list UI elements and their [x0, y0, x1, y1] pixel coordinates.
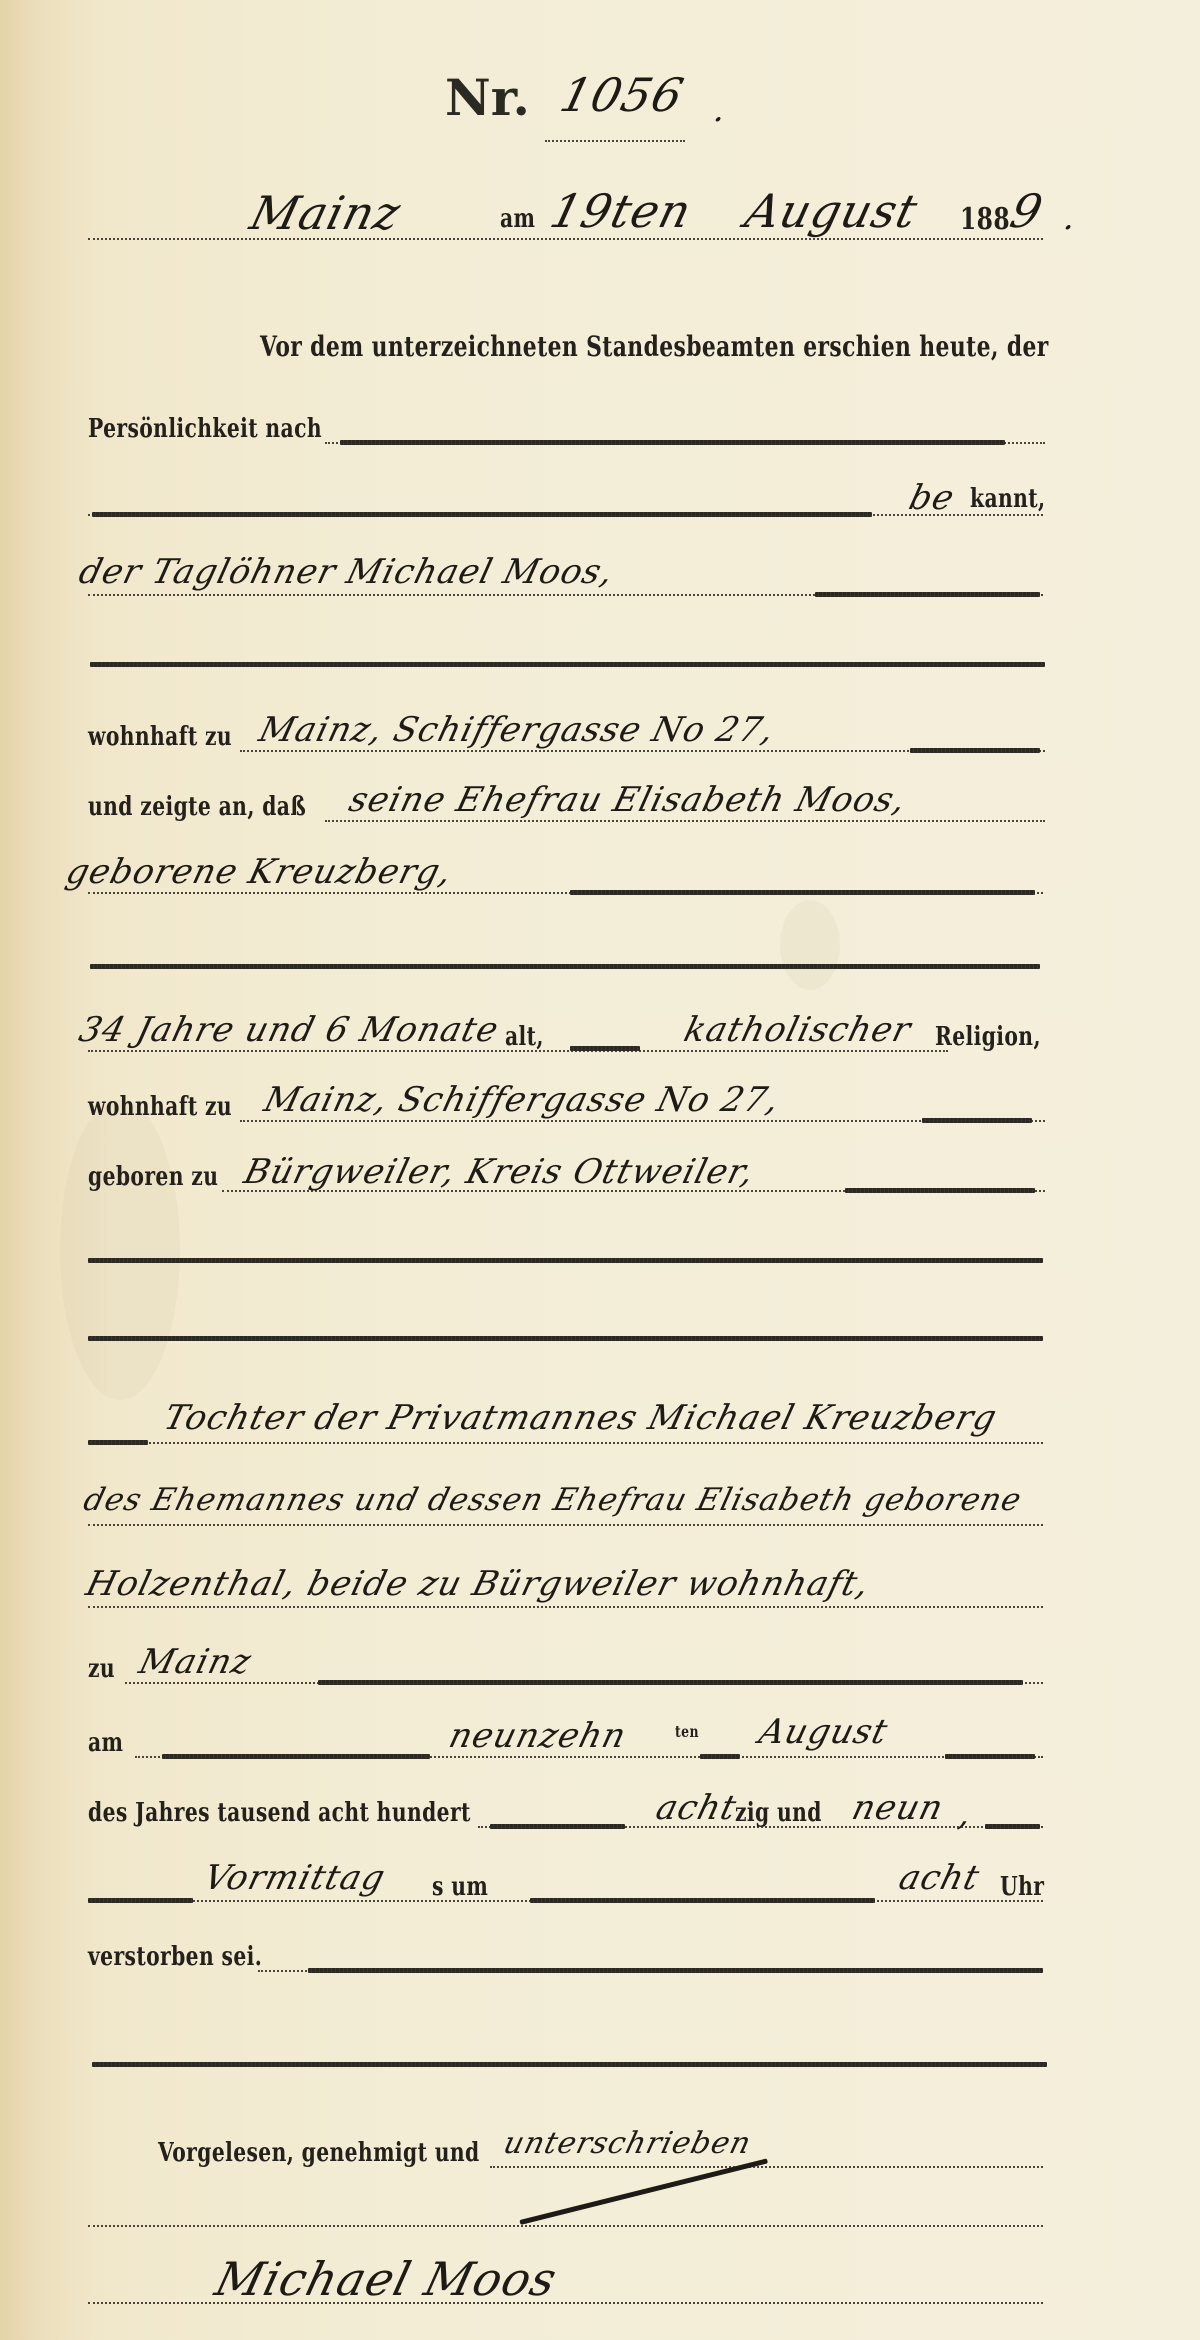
deceased-residence: Mainz, Schiffergasse No 27,: [260, 1080, 784, 1120]
unterschrieben-value: unterschrieben: [500, 2126, 755, 2161]
am-label: am: [500, 204, 535, 234]
wohnhaft-label: wohnhaft zu: [88, 1092, 232, 1122]
birthplace-row: geboren zu Bürgweiler, Kreis Ottweiler,: [0, 1150, 1200, 1210]
parents-dots: [88, 1524, 1043, 1526]
nr-period: .: [710, 90, 732, 130]
parents-text-3: Holzenthal, beide zu Bürgweiler wohnhaft…: [82, 1564, 874, 1604]
time-line: [530, 1898, 875, 1903]
death-place-value: Mainz: [135, 1642, 256, 1682]
religion-label: Religion,: [935, 1022, 1041, 1052]
persoenlichkeit-label: Persönlichkeit nach: [88, 414, 322, 444]
geboren-label: geboren zu: [88, 1162, 218, 1192]
verstorben-row: verstorben sei.: [0, 1928, 1200, 1988]
persoenlichkeit-row: Persönlichkeit nach: [0, 400, 1200, 460]
date-month: August: [740, 184, 923, 238]
age-religion-row: 34 Jahre und 6 Monate alt, katholischer …: [0, 1010, 1200, 1070]
uhr-label: Uhr: [1000, 1872, 1044, 1902]
death-place-line: [318, 1680, 1023, 1685]
death-time-row: Vormittag s um acht Uhr: [0, 1858, 1200, 1918]
deceased-residence-row: wohnhaft zu Mainz, Schiffergasse No 27,: [0, 1080, 1200, 1140]
record-number-value: 1056: [555, 68, 690, 122]
blank-row-3: [0, 1240, 1200, 1300]
bekannt-hand: be: [905, 478, 959, 518]
zeigte-label: und zeigte an, daß: [88, 792, 306, 822]
blank-line: [90, 964, 1040, 969]
date-period: .: [1060, 198, 1082, 238]
parents-dots: [88, 1606, 1043, 1608]
blank-row-2: [0, 930, 1200, 990]
birthplace-line: [845, 1188, 1035, 1193]
maiden-line: [570, 890, 1035, 895]
place-value: Mainz: [245, 186, 407, 240]
signature-line-1: [0, 2200, 1200, 2260]
blank-row-1: [0, 628, 1200, 688]
informant-residence-row: wohnhaft zu Mainz, Schiffergasse No 27,: [0, 708, 1200, 768]
persoenlichkeit-line: [340, 440, 1005, 445]
year-line: [490, 1824, 625, 1829]
alt-label: alt,: [505, 1022, 544, 1052]
death-year-row: des Jahres tausend acht hundert acht zig…: [0, 1786, 1200, 1846]
informant-residence: Mainz, Schiffergasse No 27,: [255, 710, 779, 750]
place-date-row: Mainz am 19ten August 188 9 .: [0, 180, 1200, 240]
bekannt-row: be kannt,: [0, 470, 1200, 530]
zeigte-row: und zeigte an, daß seine Ehefrau Elisabe…: [0, 778, 1200, 838]
religion-value: katholischer: [680, 1010, 915, 1050]
deceased-name: seine Ehefrau Elisabeth Moos,: [345, 780, 910, 820]
parents-text-1: Tochter der Privatmannes Michael Kreuzbe…: [160, 1398, 1001, 1438]
signature-dots: [88, 2302, 1043, 2304]
time-of-day-value: Vormittag: [200, 1858, 390, 1898]
maiden-name-row: geborene Kreuzberg,: [0, 848, 1200, 908]
intro-text: Vor dem unterzeichneten Standesbeamten e…: [260, 330, 1049, 363]
blank-line: [90, 662, 1045, 667]
hour-value: acht: [895, 1858, 984, 1898]
parents-dots: [88, 1442, 1043, 1444]
record-number-row: Nr. 1056 .: [0, 60, 1200, 120]
informant-row: der Taglöhner Michael Moos,: [0, 548, 1200, 608]
birthplace-value: Bürgweiler, Kreis Ottweiler,: [240, 1152, 759, 1192]
death-date-line: [945, 1754, 1035, 1759]
zeigte-dots: [325, 820, 1045, 822]
intro-row: Vor dem unterzeichneten Standesbeamten e…: [0, 318, 1200, 378]
unit-value: neun: [848, 1788, 948, 1828]
place-date-underline: [88, 238, 1043, 240]
year-comma: ,: [955, 1794, 977, 1834]
age-value: 34 Jahre und 6 Monate: [75, 1010, 503, 1050]
vorgelesen-label: Vorgelesen, genehmigt und: [158, 2138, 480, 2168]
parents-row-3: Holzenthal, beide zu Bürgweiler wohnhaft…: [0, 1560, 1200, 1620]
informant-line: [815, 592, 1040, 597]
year-printed: 188: [960, 202, 1010, 237]
death-place-row: zu Mainz: [0, 1640, 1200, 1700]
parents-text-2: des Ehemannes und dessen Ehefrau Elisabe…: [80, 1482, 1026, 1518]
blank-line: [88, 1336, 1043, 1341]
death-month-value: August: [755, 1712, 892, 1752]
year-handwritten: 9: [1005, 184, 1049, 238]
date-day: 19ten: [545, 184, 697, 238]
verstorben-label: verstorben sei.: [88, 1942, 262, 1972]
signature-dots: [88, 2225, 1043, 2227]
s-um-label: s um: [432, 1872, 488, 1902]
blank-row-5: [0, 2040, 1200, 2100]
zu-label: zu: [88, 1654, 115, 1684]
blank-line: [88, 1258, 1043, 1263]
ten-label: ten: [675, 1722, 699, 1741]
residence-line: [910, 748, 1040, 753]
maiden-name: geborene Kreuzberg,: [62, 852, 457, 892]
bekannt-line: [92, 512, 872, 517]
am-label: am: [88, 1728, 123, 1758]
informant-name: der Taglöhner Michael Moos,: [75, 552, 618, 592]
residence-line: [922, 1118, 1032, 1123]
time-line: [88, 1898, 193, 1903]
death-date-line: [700, 1754, 740, 1759]
death-date-line: [162, 1754, 430, 1759]
nr-underline: [545, 140, 685, 142]
zig-und-label: zig und: [735, 1798, 822, 1828]
informant-signature: Michael Moos: [210, 2252, 563, 2306]
death-day-value: neunzehn: [445, 1716, 631, 1756]
year-line: [985, 1824, 1040, 1829]
bekannt-print: kannt,: [970, 484, 1045, 514]
blank-line: [92, 2062, 1047, 2067]
wohnhaft-label: wohnhaft zu: [88, 722, 232, 752]
vorgelesen-dots: [490, 2166, 1043, 2168]
jahres-label: des Jahres tausend acht hundert: [88, 1798, 471, 1828]
age-line: [570, 1046, 640, 1051]
death-date-row: am neunzehn ten August: [0, 1714, 1200, 1774]
verstorben-line: [308, 1968, 1043, 1973]
signature-row: Michael Moos: [0, 2254, 1200, 2314]
parents-row-2: des Ehemannes und dessen Ehefrau Elisabe…: [0, 1476, 1200, 1536]
nr-label: Nr.: [445, 68, 530, 127]
vorgelesen-row: Vorgelesen, genehmigt und unterschrieben: [0, 2126, 1200, 2186]
parents-line: [88, 1440, 148, 1445]
parents-row-1: Tochter der Privatmannes Michael Kreuzbe…: [0, 1394, 1200, 1454]
blank-row-4: [0, 1318, 1200, 1378]
decade-value: acht: [652, 1788, 741, 1828]
